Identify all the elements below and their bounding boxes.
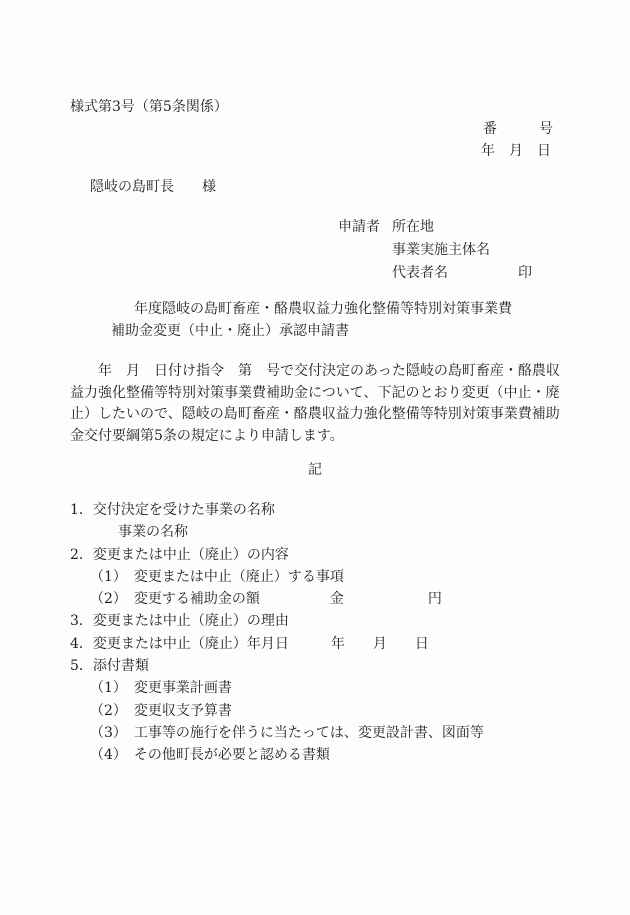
- list-item: 2．変更または中止（廃止）の内容: [70, 544, 590, 566]
- addressee: 隠岐の島町長 様: [90, 179, 216, 195]
- list-item: 3．変更または中止（廃止）の理由: [70, 610, 590, 632]
- reference-number-line: 番 号: [483, 121, 553, 137]
- list-item: 5．添付書類: [70, 655, 590, 677]
- body-line: 益力強化整備等特別対策事業費補助金について、下記のとおり変更（中止・廃: [70, 383, 575, 405]
- list-item: （4） その他町長が必要と認める書類: [70, 744, 590, 766]
- applicant-entity-label: 事業実施主体名: [392, 242, 490, 258]
- list-item: 1．交付決定を受けた事業の名称: [70, 499, 590, 521]
- document-title-line2: 補助金変更（中止・廃止）承認申請書: [111, 323, 349, 339]
- form-number: 様式第3号（第5条関係）: [70, 99, 228, 115]
- document-page: 様式第3号（第5条関係） 番 号 年 月 日 隠岐の島町長 様 申請者 所在地 …: [0, 0, 630, 915]
- list-item: （1） 変更または中止（廃止）する事項: [70, 566, 590, 588]
- record-marker: 記: [70, 462, 560, 478]
- itemized-list: 1．交付決定を受けた事業の名称 事業の名称 2．変更または中止（廃止）の内容 （…: [70, 499, 590, 767]
- document-title-line1: 年度隠岐の島町畜産・酪農収益力強化整備等特別対策事業費: [134, 301, 512, 317]
- list-item: （3） 工事等の施行を伴うに当たっては、変更設計書、図面等: [70, 722, 590, 744]
- body-line: 金交付要綱第5条の規定により申請します。: [70, 426, 575, 448]
- list-item: （2） 変更収支予算書: [70, 700, 590, 722]
- applicant-address-label: 所在地: [392, 219, 434, 235]
- body-paragraph: 年 月 日付け指令 第 号で交付決定のあった隠岐の島町畜産・酪農収 益力強化整備…: [70, 361, 575, 448]
- list-item: （2） 変更する補助金の額 金 円: [70, 588, 590, 610]
- date-line: 年 月 日: [481, 143, 551, 159]
- applicant-representative-label: 代表者名: [392, 265, 448, 281]
- body-line: 止）したいので、隠岐の島町畜産・酪農収益力強化整備等特別対策事業費補助: [70, 404, 575, 426]
- body-line: 年 月 日付け指令 第 号で交付決定のあった隠岐の島町畜産・酪農収: [70, 361, 575, 383]
- seal-mark: 印: [518, 265, 532, 281]
- list-item: 事業の名称: [70, 521, 590, 543]
- applicant-label: 申請者: [338, 219, 380, 235]
- list-item: （1） 変更事業計画書: [70, 677, 590, 699]
- list-item: 4．変更または中止（廃止）年月日 年 月 日: [70, 633, 590, 655]
